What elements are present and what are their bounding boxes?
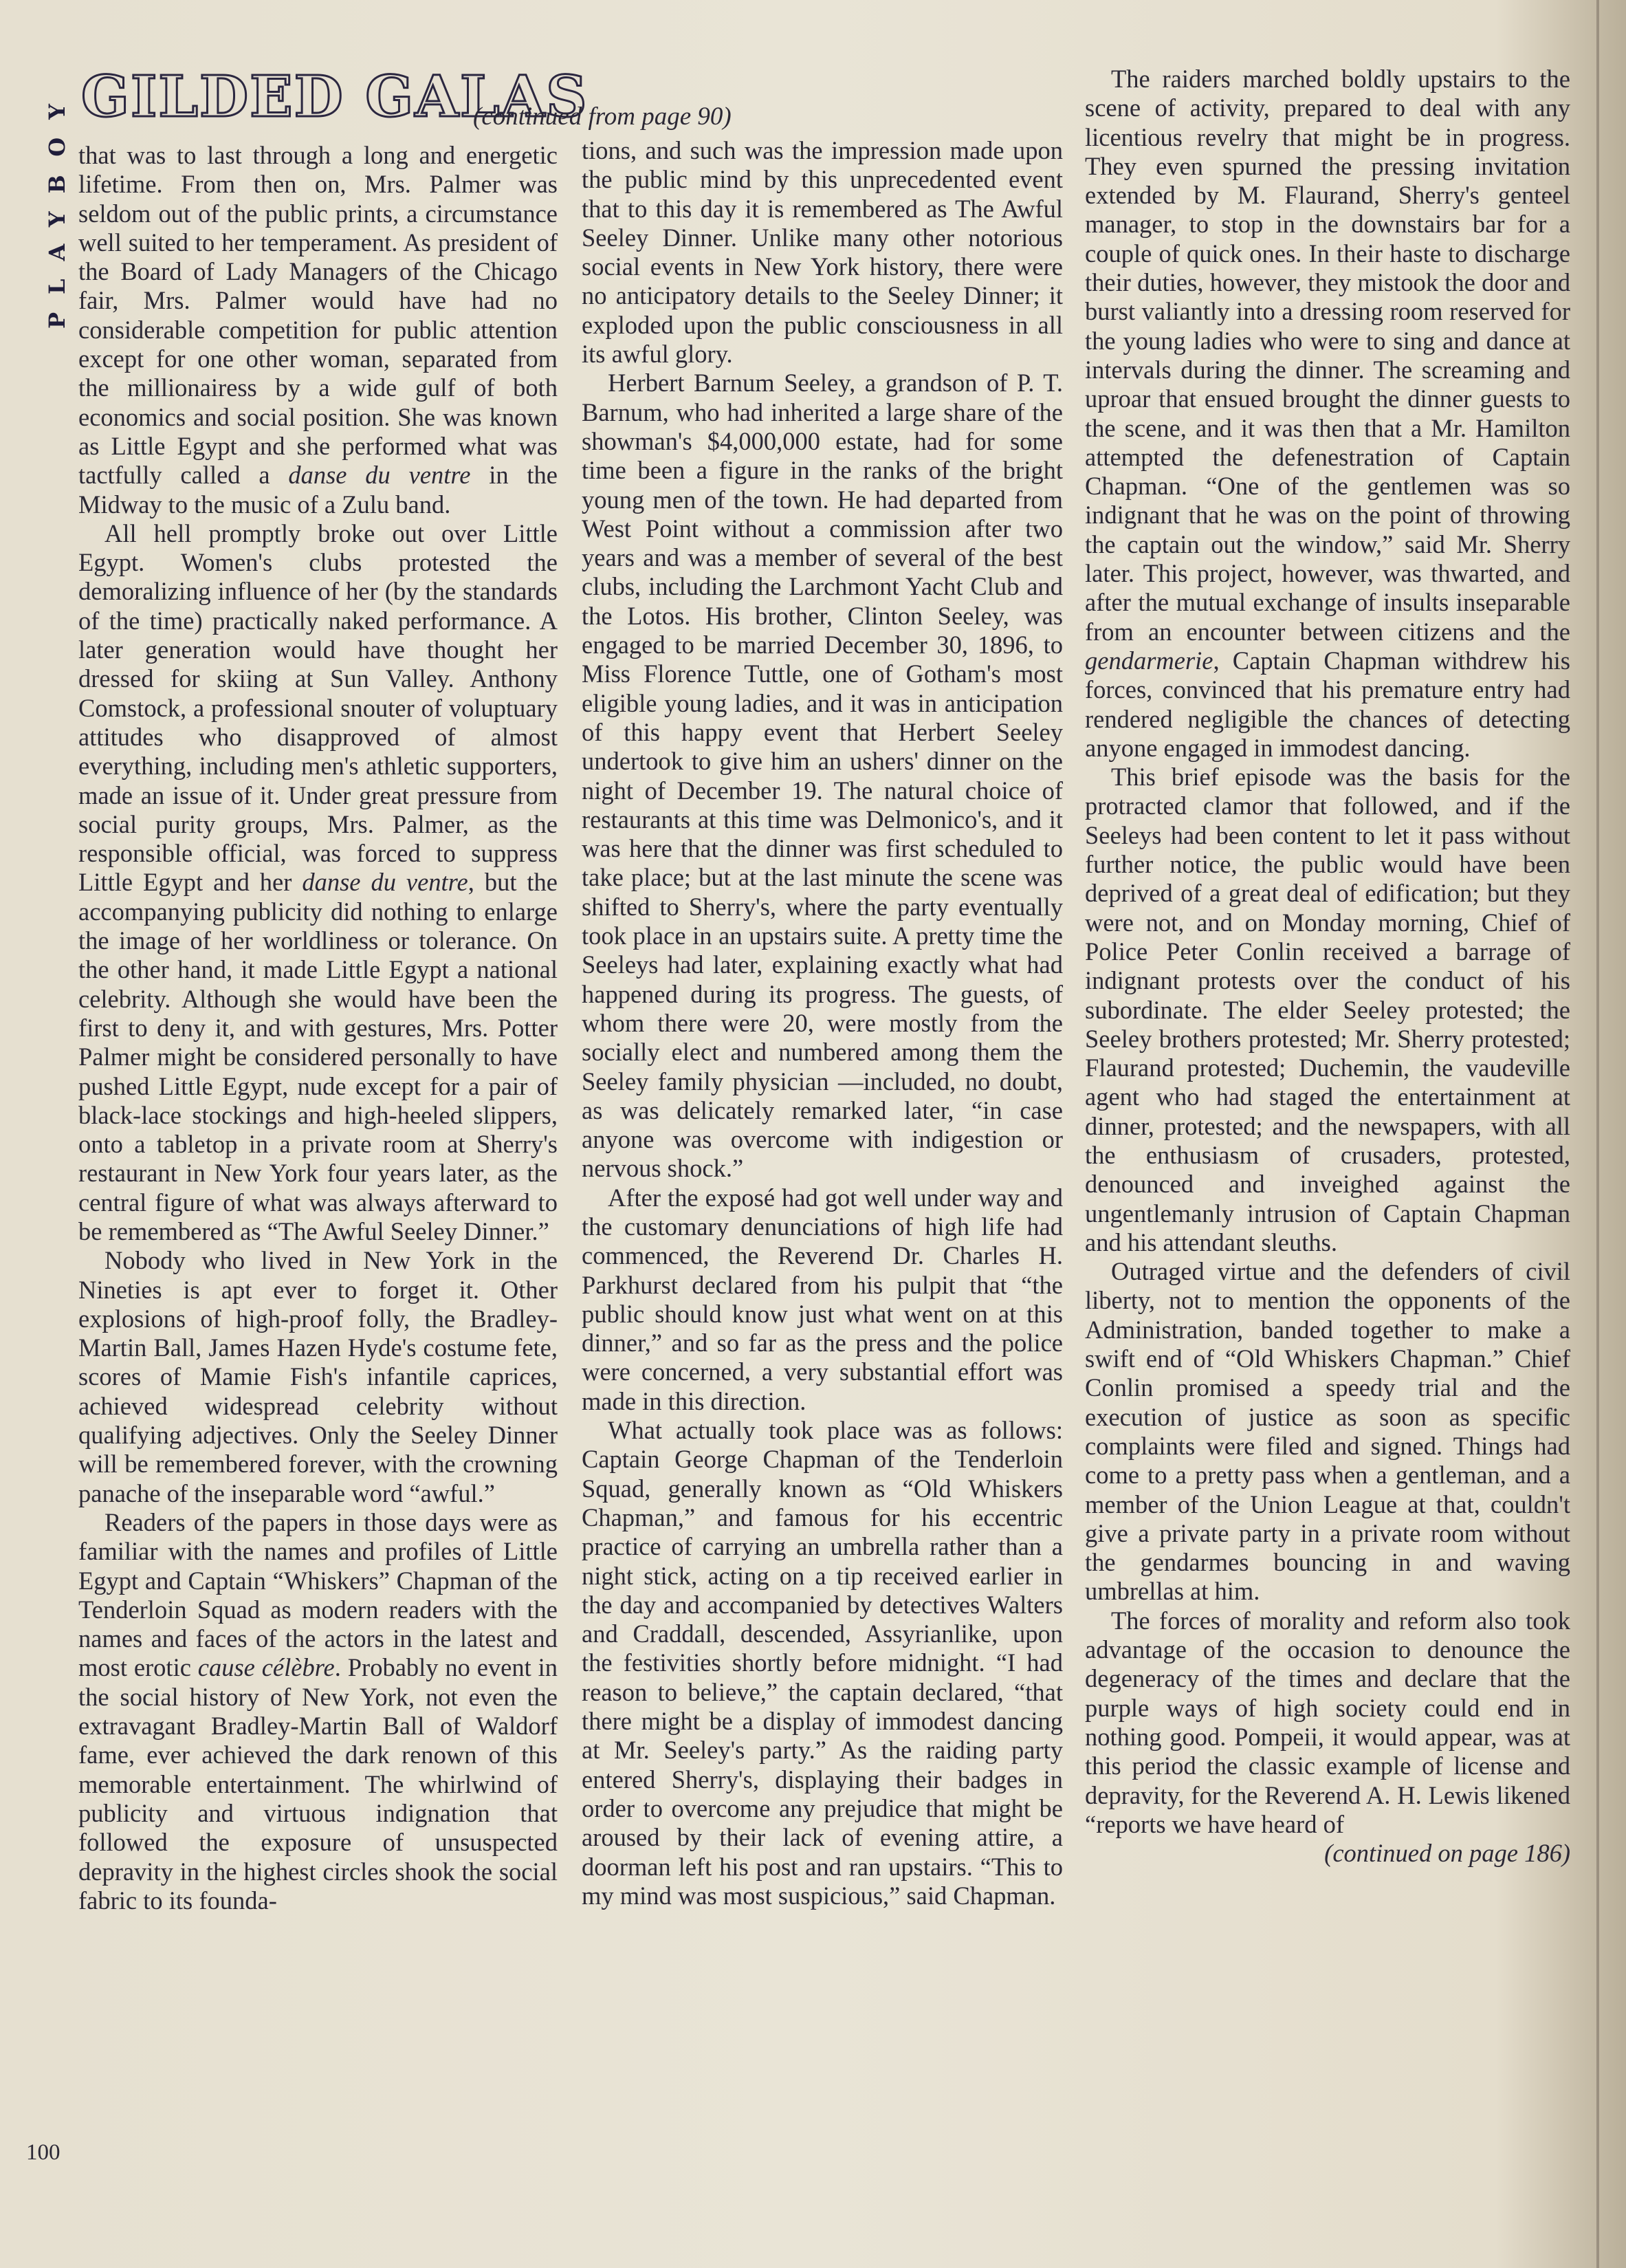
paragraph: The forces of morality and reform also t… [1085, 1606, 1570, 1839]
paragraph: tions, and such was the impression made … [582, 136, 1063, 369]
paragraph: The raiders marched boldly upstairs to t… [1085, 65, 1570, 763]
page-gutter-edge [1596, 0, 1599, 2268]
paragraph: What actually took place was as follows:… [582, 1416, 1063, 1910]
text-column-3: The raiders marched boldly upstairs to t… [1085, 65, 1570, 1868]
paragraph: All hell promptly broke out over Little … [78, 519, 558, 1246]
continued-from-note: (continued from page 90) [473, 102, 732, 131]
paragraph: Nobody who lived in New York in the Nine… [78, 1246, 558, 1508]
paragraph: Readers of the papers in those days were… [78, 1508, 558, 1915]
paragraph: that was to last through a long and ener… [78, 141, 558, 519]
text-column-2: tions, and such was the impression made … [582, 136, 1063, 1910]
paragraph: Herbert Barnum Seeley, a grandson of P. … [582, 369, 1063, 1183]
paragraph: Outraged virtue and the defenders of civ… [1085, 1257, 1570, 1606]
paragraph: This brief episode was the basis for the… [1085, 763, 1570, 1257]
magazine-side-label: PLAYBOY [15, 81, 43, 329]
text-column-1: that was to last through a long and ener… [78, 141, 558, 1915]
paragraph: After the exposé had got well under way … [582, 1184, 1063, 1416]
page-number: 100 [26, 2140, 61, 2166]
magazine-page: PLAYBOY GILDED GALAS (continued from pag… [0, 0, 1626, 2268]
continued-on-note: (continued on page 186) [1085, 1839, 1570, 1868]
magazine-name: PLAYBOY [44, 86, 70, 329]
